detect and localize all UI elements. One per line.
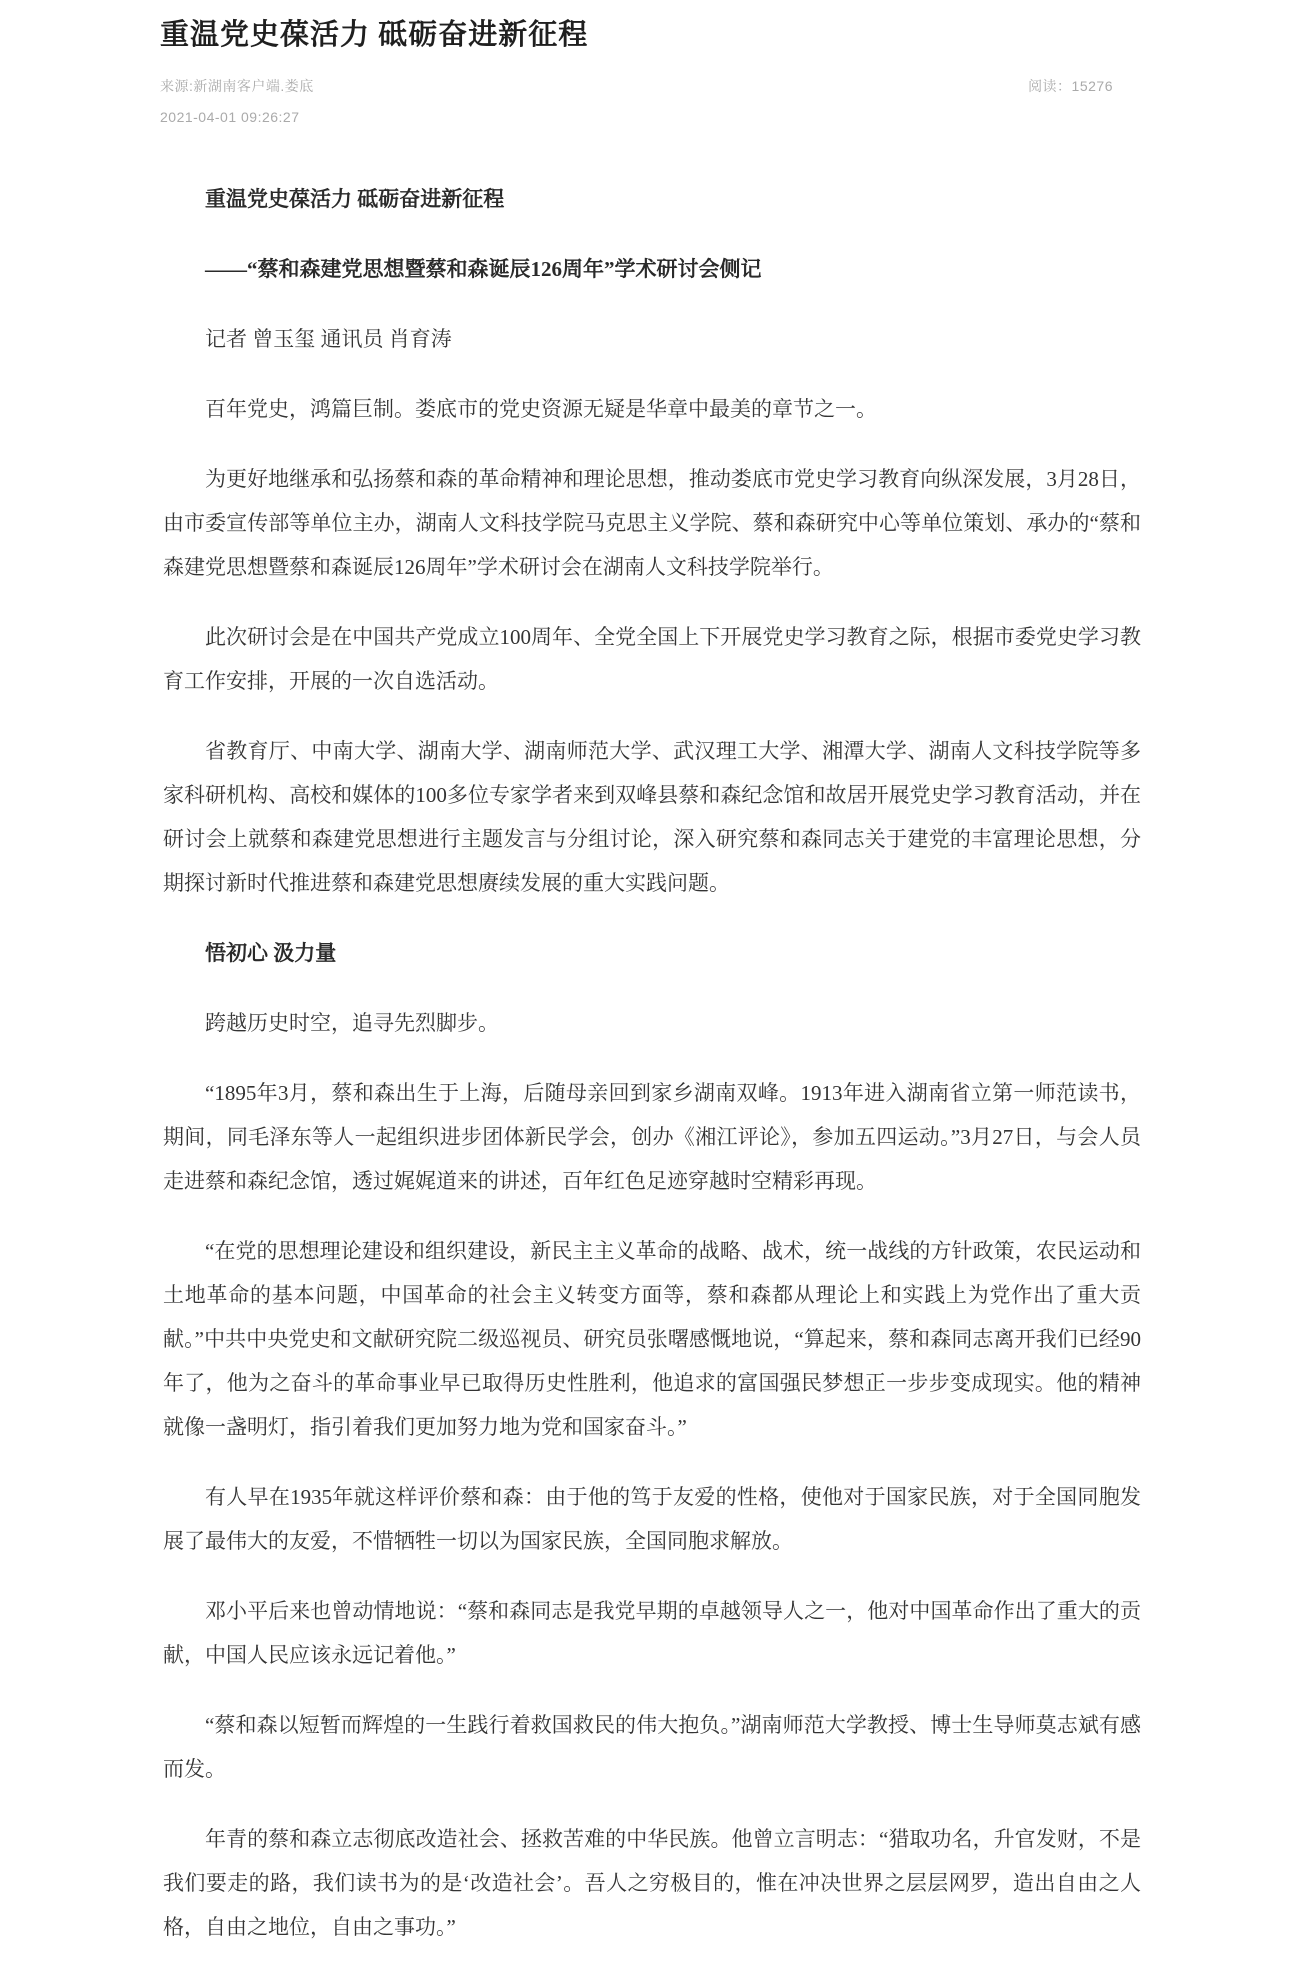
paragraph: “蔡和森以短暂而辉煌的一生践行着救国救民的伟大抱负。”湖南师范大学教授、博士生导…: [163, 1703, 1141, 1791]
paragraph: 有人早在1935年就这样评价蔡和森：由于他的笃于友爱的性格，使他对于国家民族，对…: [163, 1475, 1141, 1563]
source-label: 来源:新湖南客户端.娄底: [160, 76, 314, 96]
paragraph: 百年党史，鸿篇巨制。娄底市的党史资源无疑是华章中最美的章节之一。: [163, 387, 1141, 431]
page-title: 重温党史葆活力 砥砺奋进新征程: [160, 16, 1113, 54]
article-heading: 重温党史葆活力 砥砺奋进新征程: [163, 177, 1141, 221]
meta-row: 2021-04-01 09:26:27: [160, 109, 1113, 125]
paragraph: 为更好地继承和弘扬蔡和森的革命精神和理论思想，推动娄底市党史学习教育向纵深发展，…: [163, 457, 1141, 589]
paragraph: “1895年3月，蔡和森出生于上海，后随母亲回到家乡湖南双峰。1913年进入湖南…: [163, 1071, 1141, 1203]
publish-datetime: 2021-04-01 09:26:27: [160, 109, 300, 125]
article-subheading: 悟初心 汲力量: [163, 931, 1141, 975]
article-meta: 来源:新湖南客户端.娄底 阅读：15276 2021-04-01 09:26:2…: [160, 76, 1113, 125]
article-byline: 记者 曾玉玺 通讯员 肖育涛: [163, 317, 1141, 361]
paragraph: 省教育厅、中南大学、湖南大学、湖南师范大学、武汉理工大学、湘潭大学、湖南人文科技…: [163, 729, 1141, 905]
article-header: 重温党史葆活力 砥砺奋进新征程 来源:新湖南客户端.娄底 阅读：15276 20…: [0, 0, 1303, 125]
meta-row: 来源:新湖南客户端.娄底 阅读：15276: [160, 76, 1113, 96]
article-heading: ——“蔡和森建党思想暨蔡和森诞辰126周年”学术研讨会侧记: [163, 247, 1141, 291]
paragraph: 跨越历史时空，追寻先烈脚步。: [163, 1001, 1141, 1045]
article-body: 重温党史葆活力 砥砺奋进新征程——“蔡和森建党思想暨蔡和森诞辰126周年”学术研…: [163, 177, 1141, 1949]
read-count: 阅读：15276: [1028, 76, 1113, 96]
paragraph: “在党的思想理论建设和组织建设，新民主主义革命的战略、战术，统一战线的方针政策，…: [163, 1229, 1141, 1449]
paragraph: 此次研讨会是在中国共产党成立100周年、全党全国上下开展党史学习教育之际，根据市…: [163, 615, 1141, 703]
paragraph: 邓小平后来也曾动情地说：“蔡和森同志是我党早期的卓越领导人之一，他对中国革命作出…: [163, 1589, 1141, 1677]
paragraph: 年青的蔡和森立志彻底改造社会、拯救苦难的中华民族。他曾立言明志：“猎取功名，升官…: [163, 1817, 1141, 1949]
